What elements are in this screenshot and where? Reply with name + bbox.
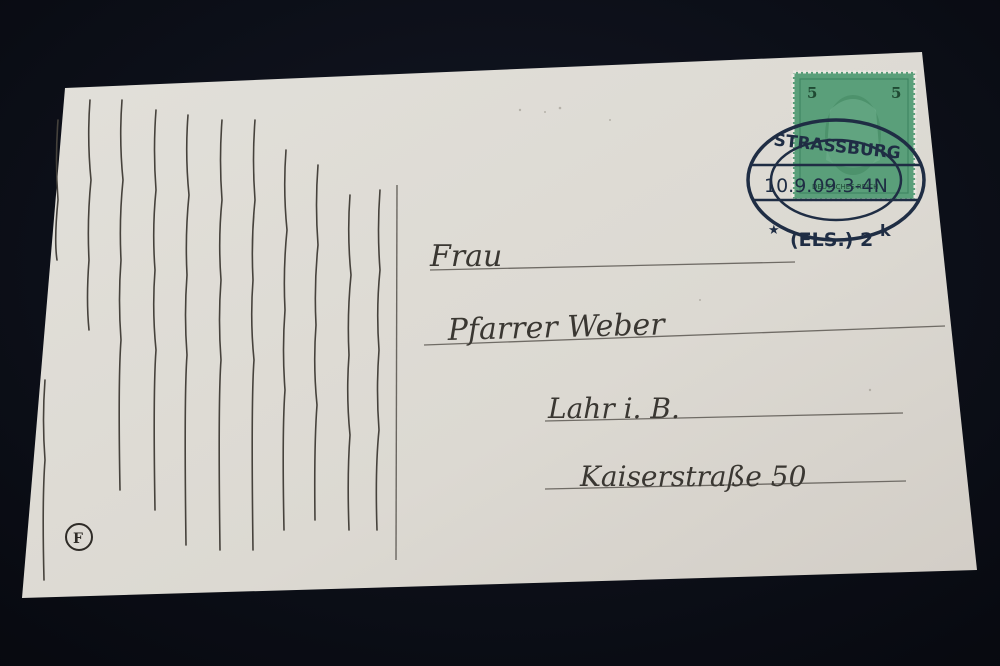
postmark-office-letter: k <box>880 221 891 240</box>
stamp-value-left: 5 <box>807 84 817 102</box>
address-line-3: Lahr i. B. <box>547 392 680 425</box>
svg-text:F: F <box>73 531 83 547</box>
postmark-region: (ELS.) 2 <box>790 229 873 251</box>
postcard-photo: 5 5 DEUTSCHES REICH STRASSBURG 10.9.09.3… <box>0 0 1000 666</box>
divider-line <box>396 185 397 560</box>
address-line-2: Pfarrer Weber <box>446 307 666 348</box>
stamp-value-right: 5 <box>891 84 901 102</box>
postmark-date: 10.9.09.3-4N <box>764 175 888 197</box>
postmark-star: ★ <box>768 223 780 238</box>
address-line-4: Kaiserstraße 50 <box>579 460 806 493</box>
address-line-1: Frau <box>429 239 502 274</box>
